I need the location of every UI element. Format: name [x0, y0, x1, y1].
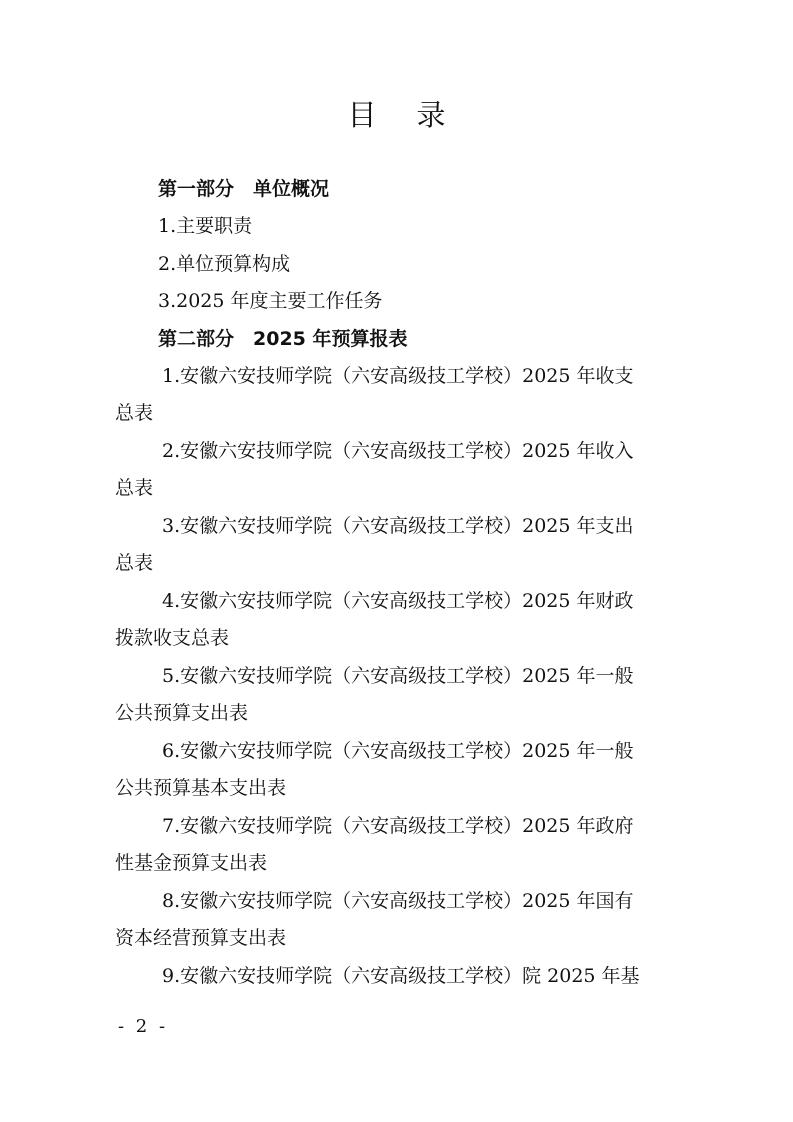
title-char-2: 录	[417, 98, 486, 132]
toc-entry-continuation[interactable]: 资本经营预算支出表	[115, 926, 286, 950]
toc-entry[interactable]: 7.安徽六安技师学院（六安高级技工学校）2025 年政府	[162, 814, 634, 838]
toc-entry[interactable]: 2.单位预算构成	[158, 252, 290, 276]
toc-entry[interactable]: 3.安徽六安技师学院（六安高级技工学校）2025 年支出	[162, 514, 634, 538]
toc-entry-continuation[interactable]: 总表	[115, 401, 153, 425]
toc-entry[interactable]: 8.安徽六安技师学院（六安高级技工学校）2025 年国有	[162, 889, 634, 913]
page-title: 目录	[0, 93, 793, 134]
toc-entry[interactable]: 1.安徽六安技师学院（六安高级技工学校）2025 年收支	[162, 364, 634, 388]
part1-heading[interactable]: 第一部分 单位概况	[158, 177, 329, 201]
part2-heading[interactable]: 第二部分 2025 年预算报表	[158, 327, 408, 351]
toc-entry-continuation[interactable]: 公共预算基本支出表	[115, 776, 286, 800]
toc-entry[interactable]: 5.安徽六安技师学院（六安高级技工学校）2025 年一般	[162, 664, 634, 688]
toc-entry[interactable]: 1.主要职责	[158, 214, 252, 238]
toc-entry-continuation[interactable]: 公共预算支出表	[115, 701, 248, 725]
toc-entry[interactable]: 2.安徽六安技师学院（六安高级技工学校）2025 年收入	[162, 439, 634, 463]
toc-entry[interactable]: 3.2025 年度主要工作任务	[158, 289, 383, 313]
page-number: - 2 -	[118, 1016, 168, 1037]
title-char-1: 目	[347, 98, 416, 132]
toc-entry-continuation[interactable]: 性基金预算支出表	[115, 851, 267, 875]
toc-entry[interactable]: 9.安徽六安技师学院（六安高级技工学校）院 2025 年基	[162, 964, 640, 988]
toc-entry-continuation[interactable]: 总表	[115, 551, 153, 575]
toc-entry[interactable]: 6.安徽六安技师学院（六安高级技工学校）2025 年一般	[162, 739, 634, 763]
toc-entry-continuation[interactable]: 拨款收支总表	[115, 626, 229, 650]
toc-entry-continuation[interactable]: 总表	[115, 476, 153, 500]
toc-entry[interactable]: 4.安徽六安技师学院（六安高级技工学校）2025 年财政	[162, 589, 634, 613]
